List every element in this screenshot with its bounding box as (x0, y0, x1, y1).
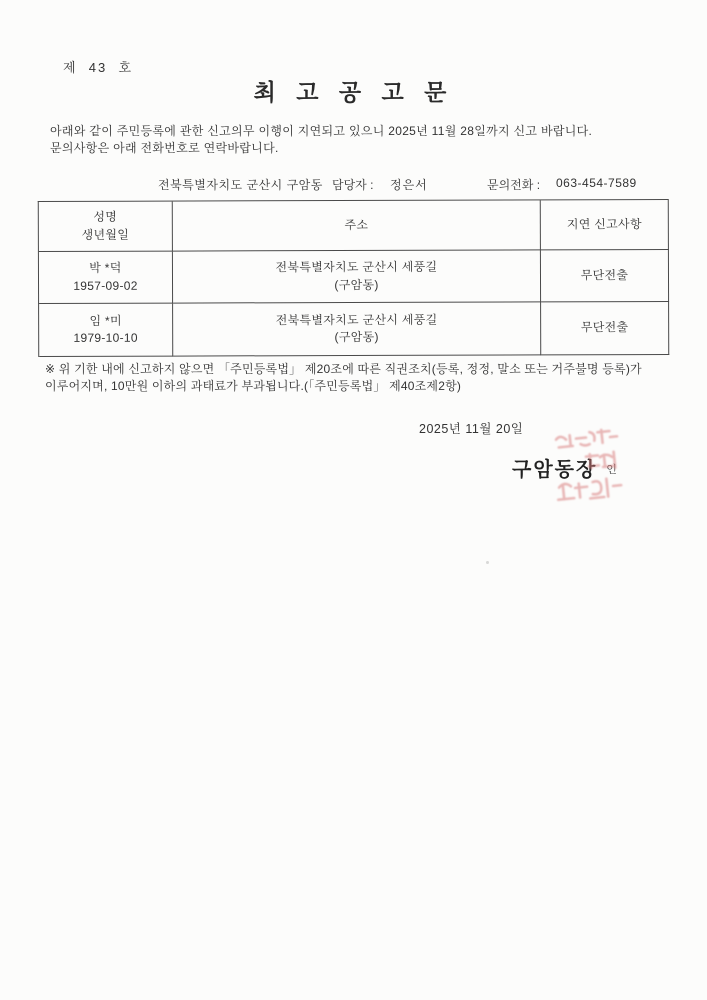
signature-block: 구암동장인 (512, 453, 617, 482)
table-row-2-address-cell: 전북특별자치도 군산시 세풍길 (구암동) (173, 302, 541, 356)
table-row-1-status-cell: 무단전출 (541, 250, 669, 302)
table-header-status: 지연 신고사항 (541, 200, 669, 250)
person-name: 박 *덕 (89, 260, 121, 277)
phone-number: 063-454-7589 (556, 176, 637, 190)
delay-status: 무단전출 (581, 319, 629, 337)
header-status-label: 지연 신고사항 (567, 216, 642, 234)
table-row-1-name-cell: 박 *덕 1957-09-02 (39, 252, 173, 304)
table-header-address: 주소 (173, 200, 541, 251)
address-line-2: (구암동) (334, 276, 378, 294)
intro-paragraph: 아래와 같이 주민등록에 관한 신고의무 이행이 지연되고 있으니 2025년 … (50, 123, 670, 157)
delinquent-table: 성명 생년월일 주소 지연 신고사항 박 *덕 1957-09-02 전북특별자… (38, 199, 669, 357)
intro-line-1: 아래와 같이 주민등록에 관한 신고의무 이행이 지연되고 있으니 2025년 … (50, 123, 670, 140)
table-header-name-birth: 성명 생년월일 (39, 202, 173, 252)
person-birth: 1957-09-02 (73, 277, 137, 295)
scanned-notice-page: 제 43 호 최 고 공 고 문 아래와 같이 주민등록에 관한 신고의무 이행… (0, 0, 707, 1000)
scan-speck (486, 561, 489, 564)
phone-label: 문의전화 : (487, 176, 540, 193)
office-name: 전북특별자치도 군산시 구암동 (158, 176, 323, 193)
seal-char: 인 (606, 464, 617, 476)
header-birth-label: 생년월일 (82, 226, 130, 244)
table-row-2-status-cell: 무단전출 (541, 302, 669, 355)
person-birth: 1979-10-10 (73, 330, 137, 348)
delay-status: 무단전출 (581, 267, 629, 285)
address-line-2: (구암동) (335, 329, 379, 347)
issue-date: 2025년 11월 20일 (419, 419, 523, 437)
header-name-label: 성명 (93, 209, 117, 226)
manager-name: 정은서 (390, 176, 428, 193)
signer-title: 구암동장 (512, 459, 597, 481)
intro-line-2: 문의사항은 아래 전화번호로 연락바랍니다. (50, 140, 670, 157)
contact-line: 전북특별자치도 군산시 구암동 담당자 : 정은서 문의전화 : 063-454… (0, 176, 707, 194)
header-address-label: 주소 (344, 217, 368, 234)
person-name: 임 *미 (89, 312, 121, 329)
address-line-1: 전북특별자치도 군산시 세풍길 (276, 311, 438, 329)
manager-label: 담당자 : (332, 176, 373, 193)
legal-footnote: ※ 위 기한 내에 신고하지 않으면 「주민등록법」 제20조에 따른 직권조치… (45, 361, 673, 394)
address-line-1: 전북특별자치도 군산시 세풍길 (276, 259, 438, 277)
page-title: 최 고 공 고 문 (0, 74, 707, 107)
table-row-1-address-cell: 전북특별자치도 군산시 세풍길 (구암동) (173, 250, 541, 303)
table-row-2-name-cell: 임 *미 1979-10-10 (39, 304, 173, 357)
